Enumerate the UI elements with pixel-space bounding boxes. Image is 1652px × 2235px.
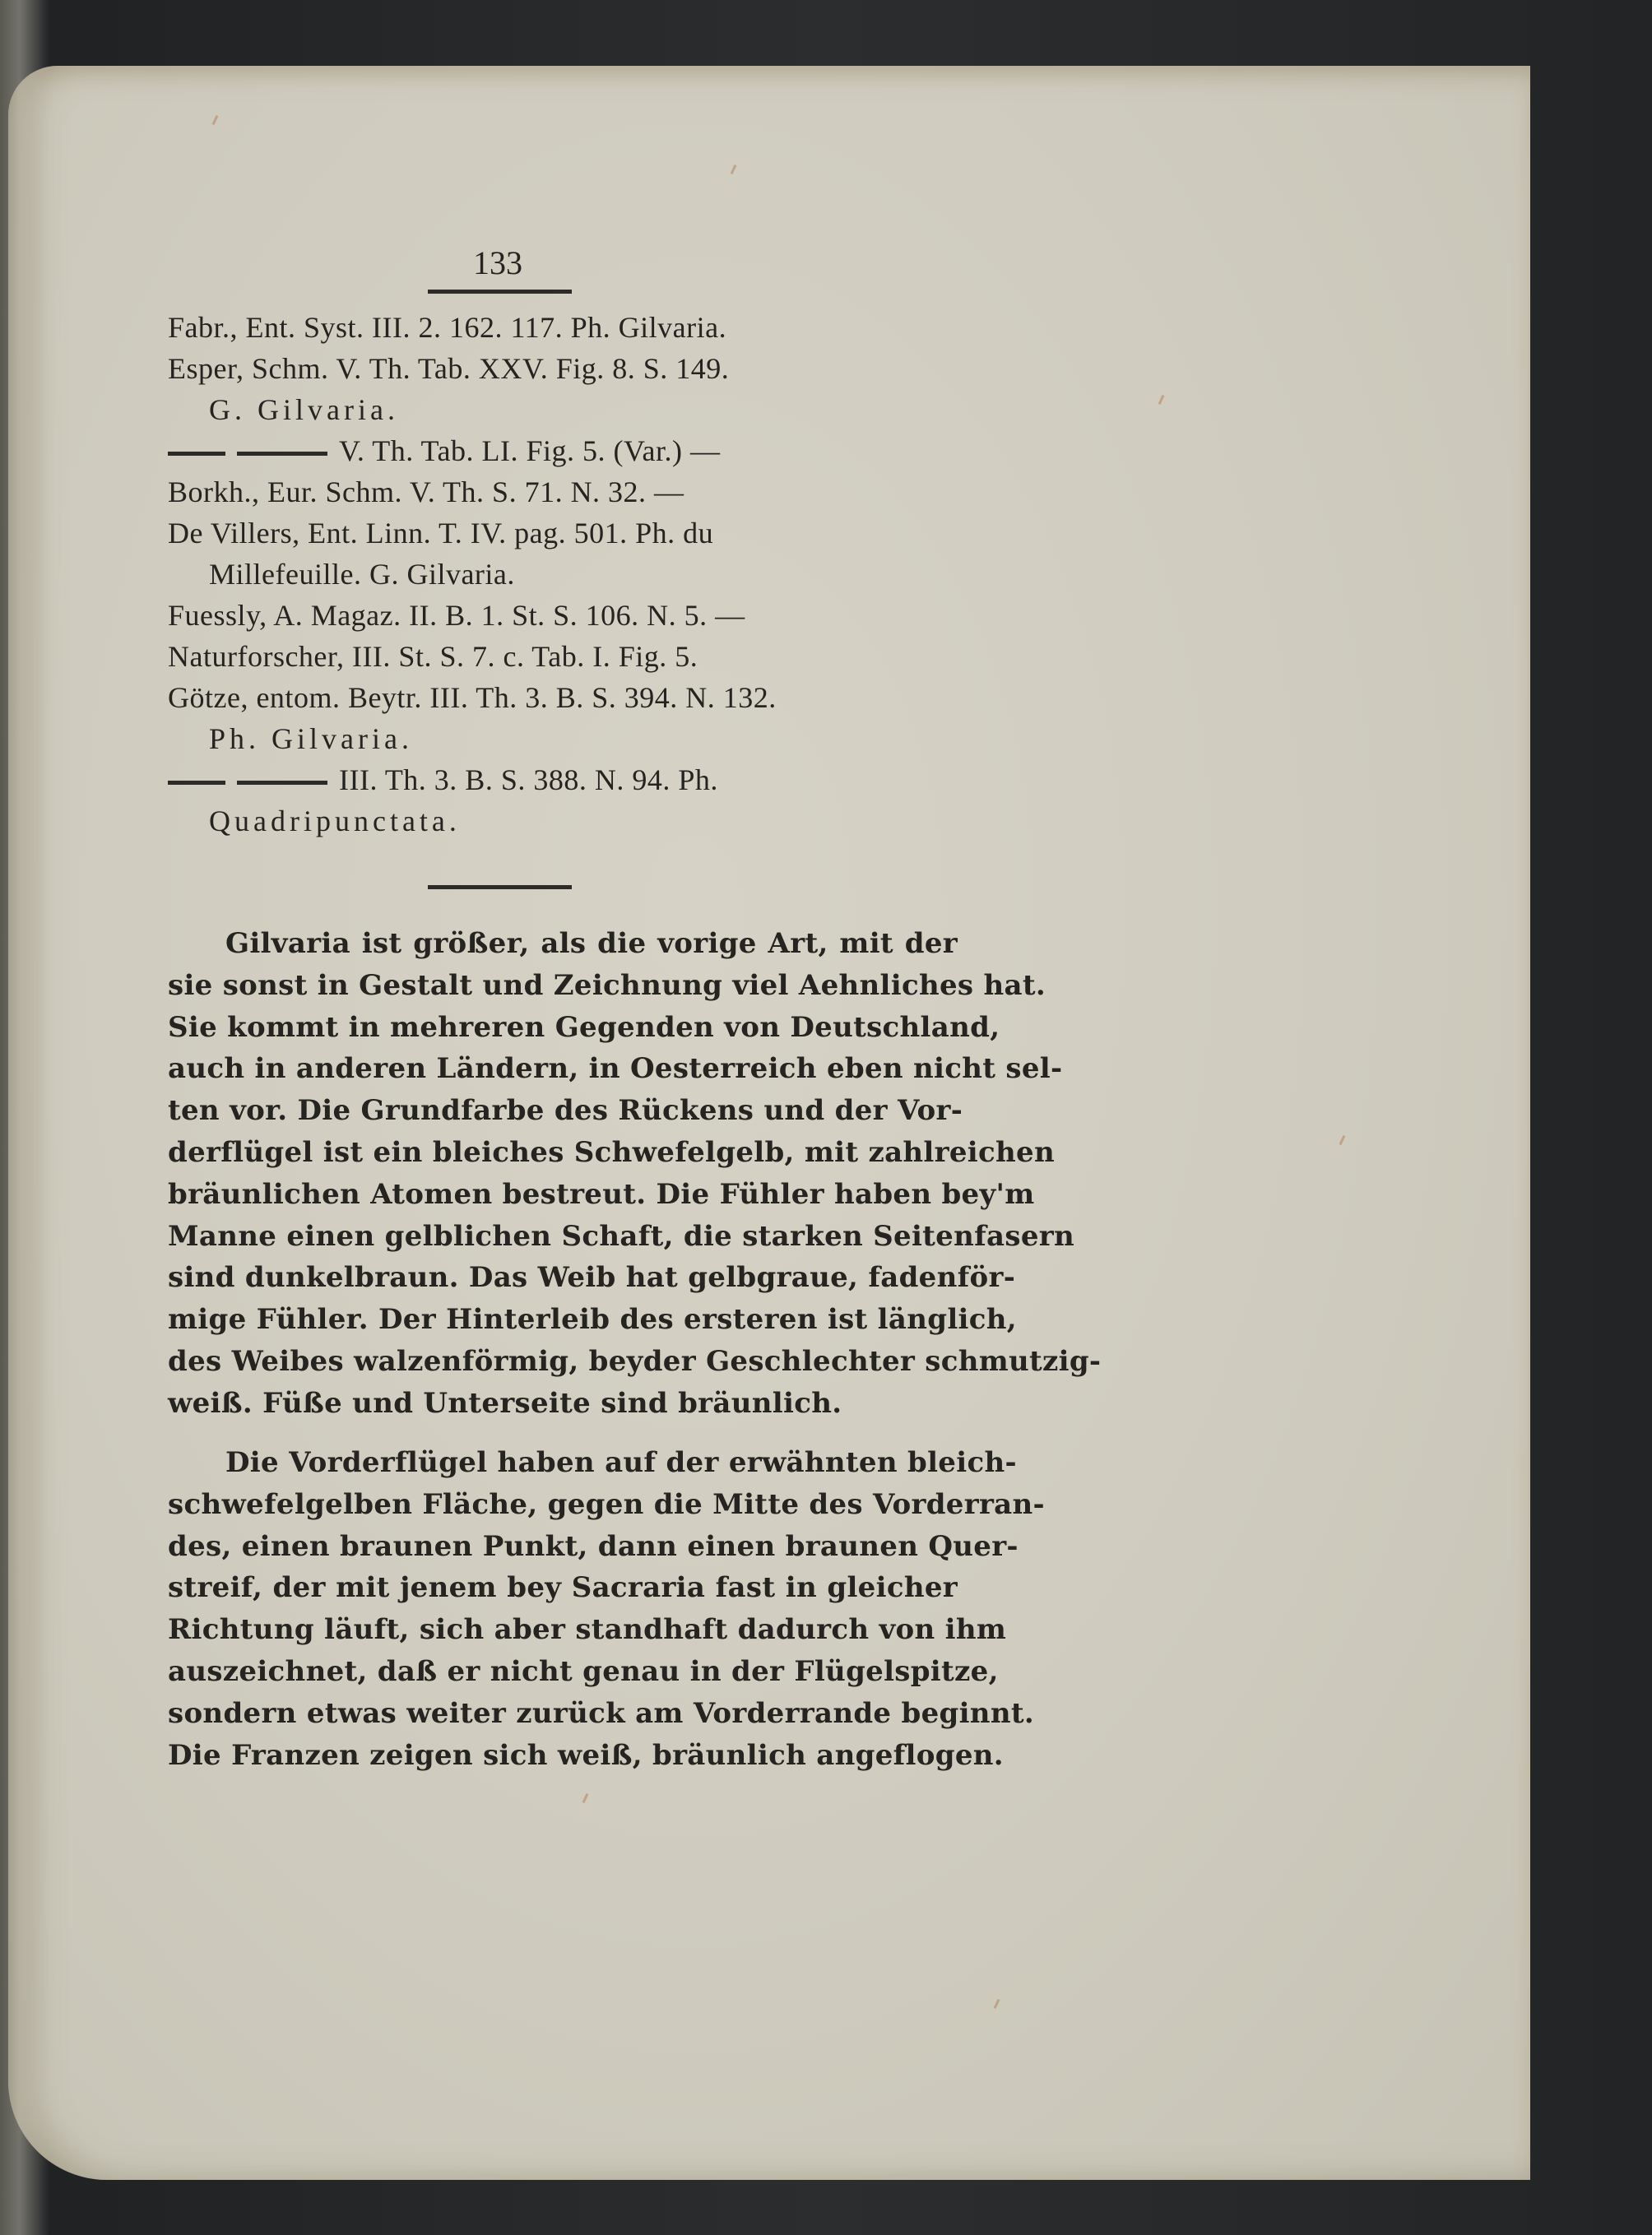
paper-fiber <box>1339 1135 1346 1145</box>
page-number-rule <box>428 290 572 294</box>
ditto-dash <box>168 452 225 456</box>
paper-fiber <box>582 1793 589 1803</box>
paragraph-line: derflügel ist ein bleiches Schwefelgelb,… <box>168 1132 958 1174</box>
reference-line: Götze, entom. Beytr. III. Th. 3. B. S. 3… <box>168 677 958 718</box>
page-number: 133 <box>473 243 522 282</box>
reference-line: Naturforscher, III. St. S. 7. c. Tab. I.… <box>168 636 958 677</box>
reference-text: De Villers, Ent. Linn. T. IV. pag. 501. … <box>168 517 713 549</box>
reference-text: V. Th. Tab. LI. Fig. 5. (Var.) — <box>339 434 720 467</box>
reference-text: Ph. Gilvaria. <box>209 722 413 755</box>
paragraph-line: sie sonst in Gestalt und Zeichnung viel … <box>168 965 958 1007</box>
reference-line: V. Th. Tab. LI. Fig. 5. (Var.) — <box>168 430 958 471</box>
description-paragraph-2: Die Vorderflügel haben auf der erwähnten… <box>168 1442 958 1776</box>
paragraph-line: Sie kommt in mehreren Gegenden von Deuts… <box>168 1007 958 1049</box>
ditto-dash <box>237 781 327 785</box>
reference-line: Esper, Schm. V. Th. Tab. XXV. Fig. 8. S.… <box>168 348 958 389</box>
paragraph-line: Manne einen gelblichen Schaft, die stark… <box>168 1216 958 1258</box>
reference-text: Borkh., Eur. Schm. V. Th. S. 71. N. 32. … <box>168 475 684 508</box>
paper-fiber <box>1158 395 1165 405</box>
reference-line: Borkh., Eur. Schm. V. Th. S. 71. N. 32. … <box>168 471 958 512</box>
ditto-dash <box>168 781 225 785</box>
paragraph-line: schwefelgelben Fläche, gegen die Mitte d… <box>168 1484 958 1526</box>
reference-text: Fabr., Ent. Syst. III. 2. 162. 117. Ph. … <box>168 311 726 344</box>
reference-line: Ph. Gilvaria. <box>168 718 958 759</box>
reference-line: Quadripunctata. <box>168 800 958 842</box>
references-block: Fabr., Ent. Syst. III. 2. 162. 117. Ph. … <box>168 307 958 842</box>
paragraph-line: des, einen braunen Punkt, dann einen bra… <box>168 1526 958 1568</box>
paragraph-line: sind dunkelbraun. Das Weib hat gelbgraue… <box>168 1257 958 1299</box>
paper-fiber <box>994 1999 1000 2009</box>
paragraph-line: streif, der mit jenem bey Sacraria fast … <box>168 1567 958 1609</box>
paragraph-line: Die Vorderflügel haben auf der erwähnten… <box>168 1442 958 1484</box>
reference-text: Millefeuille. G. Gilvaria. <box>209 558 515 591</box>
paragraph-line: sondern etwas weiter zurück am Vorderran… <box>168 1693 958 1735</box>
reference-text: Esper, Schm. V. Th. Tab. XXV. Fig. 8. S.… <box>168 352 729 385</box>
reference-text: G. Gilvaria. <box>209 393 399 426</box>
paragraph-line: Gilvaria ist größer, als die vorige Art,… <box>168 923 958 965</box>
reference-line: De Villers, Ent. Linn. T. IV. pag. 501. … <box>168 512 958 554</box>
paragraph-line: des Weibes walzenförmig, beyder Geschlec… <box>168 1341 958 1383</box>
reference-line: Millefeuille. G. Gilvaria. <box>168 554 958 595</box>
reference-line: III. Th. 3. B. S. 388. N. 94. Ph. <box>168 759 958 800</box>
reference-text: Quadripunctata. <box>209 805 461 837</box>
page-gutter-shadow <box>0 0 49 2235</box>
paragraph-line: auszeichnet, daß er nicht genau in der F… <box>168 1651 958 1693</box>
description-paragraph-1: Gilvaria ist größer, als die vorige Art,… <box>168 923 958 1425</box>
reference-line: Fabr., Ent. Syst. III. 2. 162. 117. Ph. … <box>168 307 958 348</box>
reference-line: Fuessly, A. Magaz. II. B. 1. St. S. 106.… <box>168 595 958 636</box>
reference-text: III. Th. 3. B. S. 388. N. 94. Ph. <box>339 763 718 796</box>
paragraph-line: ten vor. Die Grundfarbe des Rückens und … <box>168 1090 958 1132</box>
reference-text: Götze, entom. Beytr. III. Th. 3. B. S. 3… <box>168 681 777 714</box>
paragraph-line: weiß. Füße und Unterseite sind bräunlich… <box>168 1383 958 1425</box>
paragraph-line: Die Franzen zeigen sich weiß, bräunlich … <box>168 1735 958 1777</box>
reference-text: Fuessly, A. Magaz. II. B. 1. St. S. 106.… <box>168 599 745 632</box>
section-separator-rule <box>428 885 572 889</box>
ditto-dash <box>237 452 327 456</box>
paragraph-line: mige Fühler. Der Hinterleib des ersteren… <box>168 1299 958 1341</box>
paragraph-line: bräunlichen Atomen bestreut. Die Fühler … <box>168 1174 958 1216</box>
paper-fiber <box>212 115 219 125</box>
reference-text: Naturforscher, III. St. S. 7. c. Tab. I.… <box>168 640 698 673</box>
paragraph-line: Richtung läuft, sich aber standhaft dadu… <box>168 1609 958 1651</box>
reference-line: G. Gilvaria. <box>168 389 958 430</box>
paragraph-line: auch in anderen Ländern, in Oesterreich … <box>168 1048 958 1090</box>
paper-fiber <box>731 165 737 174</box>
